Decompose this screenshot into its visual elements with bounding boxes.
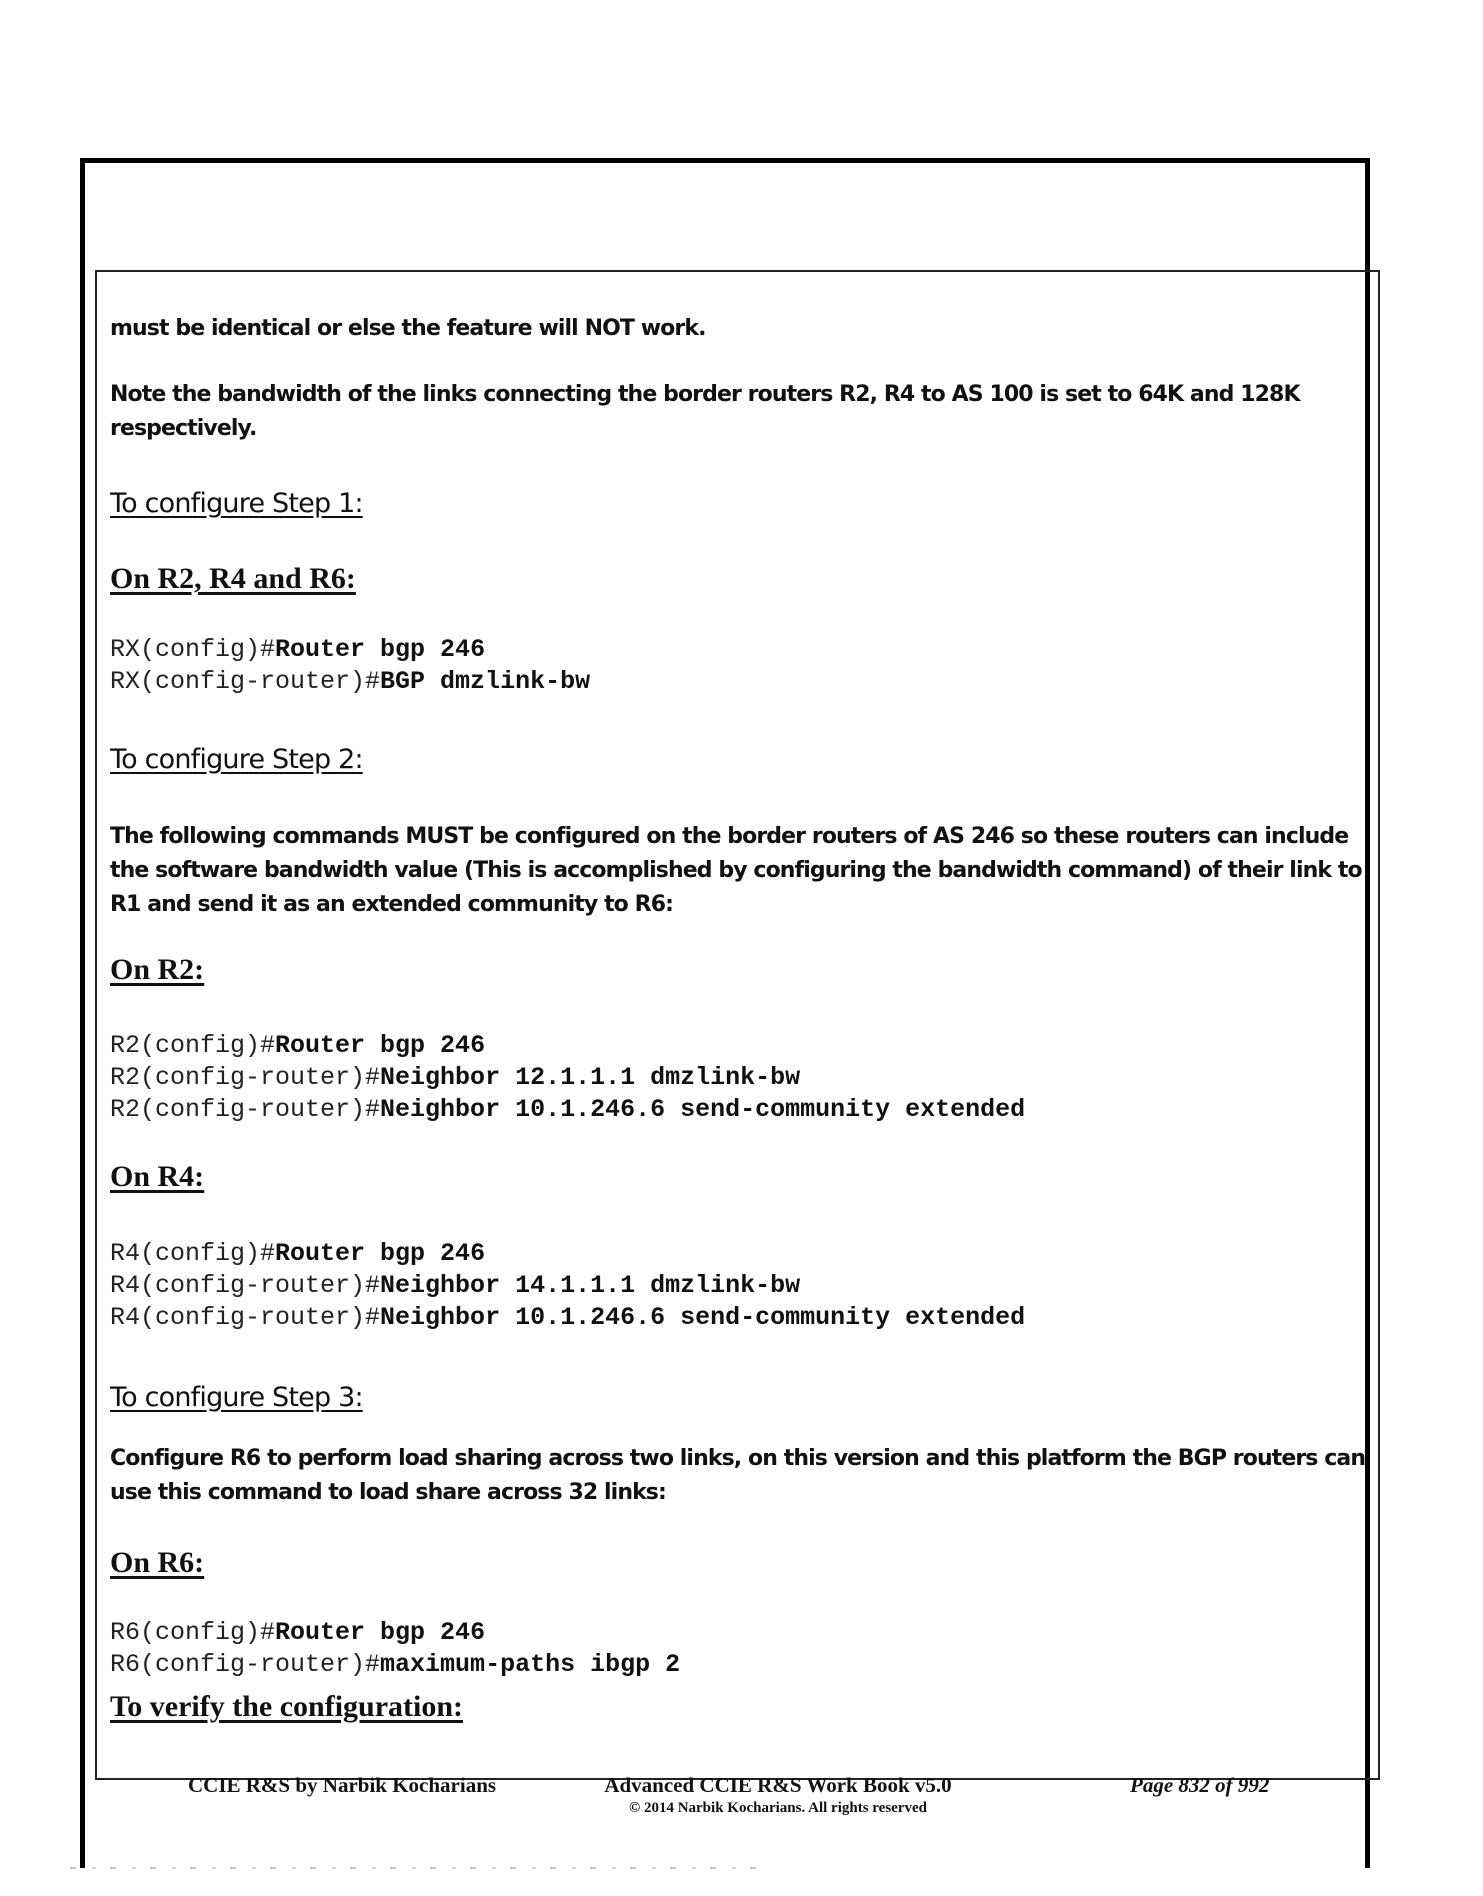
code-line: RX(config)#Router bgp 246: [110, 634, 590, 666]
code-line: R4(config-router)#Neighbor 10.1.246.6 se…: [110, 1302, 1025, 1334]
step-heading: To configure Step 2:: [110, 744, 363, 775]
cli-prompt: RX(config)#: [110, 635, 275, 664]
cli-command: Router bgp 246: [275, 1618, 485, 1647]
paragraph-line: the software bandwidth value (This is ac…: [110, 854, 1362, 888]
footer-copyright: © 2014 Narbik Kocharians. All rights res…: [578, 1800, 978, 1817]
code-line: R6(config-router)#maximum-paths ibgp 2: [110, 1649, 680, 1681]
paragraph: must be identical or else the feature wi…: [110, 312, 706, 346]
paragraph-line: Configure R6 to perform load sharing acr…: [110, 1442, 1365, 1476]
paragraph-line: must be identical or else the feature wi…: [110, 312, 706, 346]
footer-author: CCIE R&S by Narbik Kocharians: [188, 1773, 496, 1798]
paragraph-line: Note the bandwidth of the links connecti…: [110, 378, 1300, 412]
footer-page-number: Page 832 of 992: [1130, 1773, 1269, 1798]
paragraph-line: use this command to load share across 32…: [110, 1476, 1365, 1510]
cli-prompt: R2(config-router)#: [110, 1063, 380, 1092]
router-heading: On R4:: [110, 1160, 204, 1194]
cli-prompt: R2(config-router)#: [110, 1095, 380, 1124]
router-heading: On R2, R4 and R6:: [110, 562, 356, 596]
cli-command: Neighbor 10.1.246.6 send-community exten…: [380, 1303, 1025, 1332]
cli-prompt: R4(config-router)#: [110, 1303, 380, 1332]
code-block: R2(config)#Router bgp 246R2(config-route…: [110, 1030, 1025, 1126]
cli-command: Neighbor 14.1.1.1 dmzlink-bw: [380, 1271, 800, 1300]
cli-prompt: R6(config-router)#: [110, 1650, 380, 1679]
cli-command: Router bgp 246: [275, 1031, 485, 1060]
cli-command: BGP dmzlink-bw: [380, 667, 590, 696]
paragraph-line: respectively.: [110, 412, 1300, 446]
cli-prompt: RX(config-router)#: [110, 667, 380, 696]
code-block: R6(config)#Router bgp 246R6(config-route…: [110, 1617, 680, 1681]
step-heading: To configure Step 3:: [110, 1382, 363, 1413]
code-block: RX(config)#Router bgp 246RX(config-route…: [110, 634, 590, 698]
paragraph: Configure R6 to perform load sharing acr…: [110, 1442, 1365, 1510]
router-heading: To verify the configuration:: [110, 1690, 463, 1724]
cli-command: Router bgp 246: [275, 635, 485, 664]
code-line: R4(config-router)#Neighbor 14.1.1.1 dmzl…: [110, 1270, 1025, 1302]
cli-command: Neighbor 10.1.246.6 send-community exten…: [380, 1095, 1025, 1124]
paragraph-line: R1 and send it as an extended community …: [110, 888, 1362, 922]
code-line: R2(config)#Router bgp 246: [110, 1030, 1025, 1062]
code-block: R4(config)#Router bgp 246R4(config-route…: [110, 1238, 1025, 1334]
paragraph: Note the bandwidth of the links connecti…: [110, 378, 1300, 446]
paragraph-line: The following commands MUST be configure…: [110, 820, 1362, 854]
cli-command: Router bgp 246: [275, 1239, 485, 1268]
cli-command: maximum-paths ibgp 2: [380, 1650, 680, 1679]
cli-prompt: R6(config)#: [110, 1618, 275, 1647]
cli-prompt: R4(config)#: [110, 1239, 275, 1268]
step-heading: To configure Step 1:: [110, 488, 363, 519]
code-line: R2(config-router)#Neighbor 10.1.246.6 se…: [110, 1094, 1025, 1126]
router-heading: On R6:: [110, 1546, 204, 1580]
scan-artifact: [70, 1867, 770, 1869]
code-line: RX(config-router)#BGP dmzlink-bw: [110, 666, 590, 698]
cli-prompt: R2(config)#: [110, 1031, 275, 1060]
router-heading: On R2:: [110, 953, 204, 987]
cli-command: Neighbor 12.1.1.1 dmzlink-bw: [380, 1063, 800, 1092]
footer-book: Advanced CCIE R&S Work Book v5.0: [604, 1773, 951, 1797]
code-line: R6(config)#Router bgp 246: [110, 1617, 680, 1649]
code-line: R2(config-router)#Neighbor 12.1.1.1 dmzl…: [110, 1062, 1025, 1094]
paragraph: The following commands MUST be configure…: [110, 820, 1362, 922]
cli-prompt: R4(config-router)#: [110, 1271, 380, 1300]
footer-book-title: Advanced CCIE R&S Work Book v5.0 © 2014 …: [578, 1773, 978, 1817]
code-line: R4(config)#Router bgp 246: [110, 1238, 1025, 1270]
